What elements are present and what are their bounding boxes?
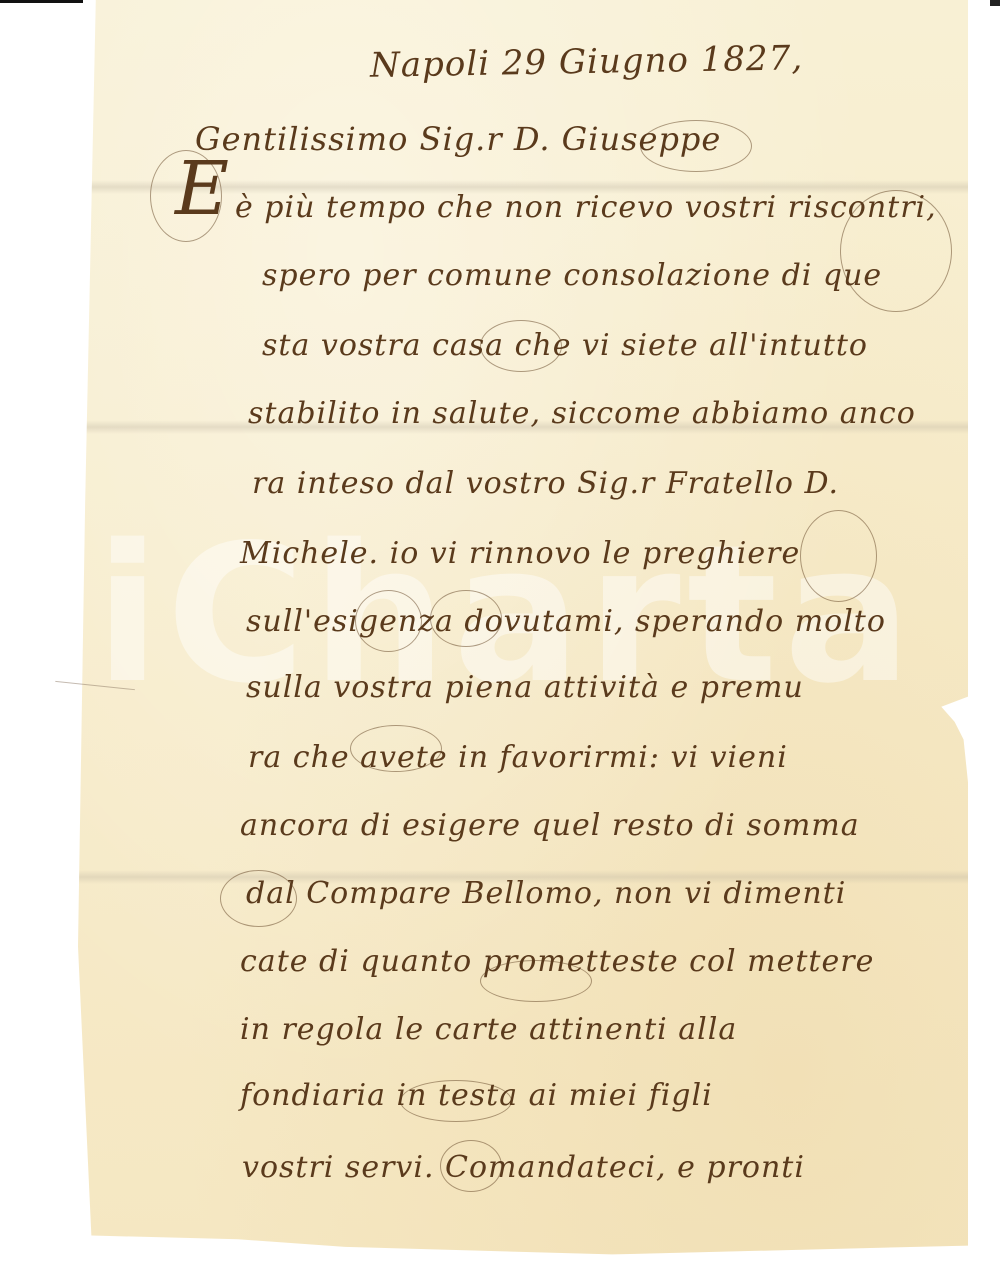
body-line: fondiaria in testa ai miei figli bbox=[240, 1078, 713, 1113]
scan-edge-top-left bbox=[0, 0, 83, 3]
date-line: Napoli 29 Giugno 1827, bbox=[370, 38, 804, 86]
body-line: ra inteso dal vostro Sig.r Fratello D. bbox=[252, 466, 839, 501]
body-line: in regola le carte attinenti alla bbox=[240, 1012, 737, 1047]
body-line: sta vostra casa che vi siete all'intutto bbox=[262, 328, 868, 363]
body-line: cate di quanto prometteste col mettere bbox=[240, 944, 874, 979]
body-line: vostri servi. Comandateci, e pronti bbox=[242, 1150, 805, 1185]
body-line: stabilito in salute, siccome abbiamo anc… bbox=[248, 396, 916, 431]
flourish-icon bbox=[800, 510, 877, 602]
body-line: Michele. io vi rinnovo le preghiere bbox=[240, 536, 800, 571]
drop-cap: E bbox=[175, 152, 229, 226]
body-line: dal Compare Bellomo, non vi dimenti bbox=[246, 876, 846, 911]
body-line: sull'esigenza dovutami, sperando molto bbox=[246, 604, 886, 639]
body-line: spero per comune consolazione di que bbox=[262, 258, 882, 293]
scan-edge-top-right bbox=[990, 0, 1000, 6]
body-line: ancora di esigere quel resto di somma bbox=[240, 808, 860, 843]
body-line: sulla vostra piena attività e premu bbox=[246, 670, 804, 705]
body-line: è più tempo che non ricevo vostri riscon… bbox=[235, 190, 937, 225]
body-line: ra che avete in favorirmi: vi vieni bbox=[248, 740, 788, 775]
salutation: Gentilissimo Sig.r D. Giuseppe bbox=[195, 120, 721, 158]
